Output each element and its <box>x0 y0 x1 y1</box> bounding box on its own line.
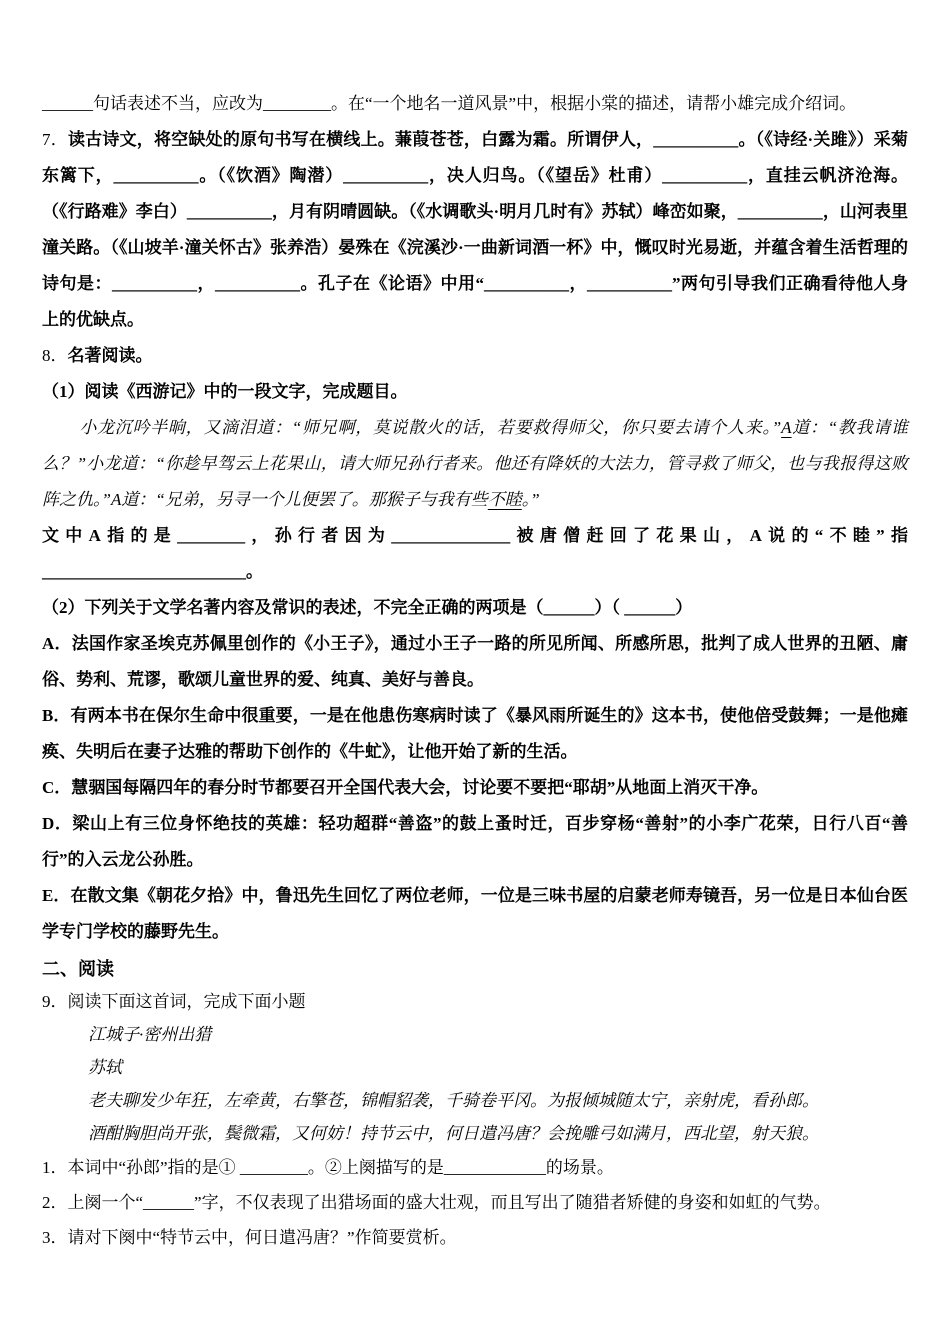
question-8-passage: 小龙沉吟半晌，又滴泪道：“师兄啊，莫说散火的话，若要救得师父，你只要去请个人来。… <box>42 410 908 518</box>
poem-title: 江城子·密州出猎 <box>88 1018 908 1051</box>
option-a: A．法国作家圣埃克苏佩里创作的《小王子》，通过小王子一路的所见所闻、所感所思，批… <box>42 626 908 698</box>
question-9-number: 9． <box>42 992 68 1011</box>
question-8-part1-blanks: 文中A指的是________，孙行者因为______________被唐僧赶回了… <box>42 518 908 590</box>
option-d: D．梁山上有三位身怀绝技的英雄：轻功超群“善盗”的鼓上蚤时迁，百步穿杨“善射”的… <box>42 806 908 878</box>
question-8-part1-label: （1）阅读《西游记》中的一段文字，完成题目。 <box>42 374 908 410</box>
question-9-label: 9．阅读下面这首词，完成下面小题 <box>42 986 908 1018</box>
sub-question-3: 3．请对下阕中“特节云中，何日遣冯唐？”作简要赏析。 <box>42 1220 908 1255</box>
intro-line: ______句话表述不当，应改为________。在“一个地名一道风景”中，根据… <box>42 86 908 122</box>
question-9-text: 阅读下面这首词，完成下面小题 <box>68 992 306 1011</box>
passage-segment: 小龙沉吟半晌，又滴泪道：“师兄啊，莫说散火的话，若要救得师父，你只要去请个人来。… <box>79 418 781 437</box>
option-e: E．在散文集《朝花夕拾》中，鲁迅先生回忆了两位老师，一位是三味书屋的启蒙老师寿镜… <box>42 878 908 950</box>
question-8-part2-label: （2）下列关于文学名著内容及常识的表述，不完全正确的两项是（______）（ _… <box>42 590 908 626</box>
sub-question-2: 2．上阕一个“______”字，不仅表现了出猎场面的盛大壮观，而且写出了随猎者矫… <box>42 1185 908 1220</box>
question-7-text: 读古诗文，将空缺处的原句书写在横线上。蒹葭苍苍，白露为霜。所谓伊人，______… <box>42 130 908 329</box>
question-7-number: 7． <box>42 130 68 149</box>
question-8-heading: 8．名著阅读。 <box>42 338 908 374</box>
option-c: C．慧骃国每隔四年的春分时节都要召开全国代表大会，讨论要不要把“耶胡”从地面上消… <box>42 770 908 806</box>
sub-question-1: 1．本词中“孙郎”指的是① ________。②上阕描写的是__________… <box>42 1150 908 1185</box>
question-8-title: 名著阅读。 <box>68 346 153 365</box>
exam-page: ______句话表述不当，应改为________。在“一个地名一道风景”中，根据… <box>0 0 950 1285</box>
question-7: 7．读古诗文，将空缺处的原句书写在横线上。蒹葭苍苍，白露为霜。所谓伊人，____… <box>42 122 908 338</box>
passage-underlined-a: A <box>781 418 791 437</box>
poem-line: 酒酣胸胆尚开张，鬓微霜，又何妨！持节云中，何日遣冯唐？会挽雕弓如满月，西北望，射… <box>88 1117 908 1150</box>
passage-underlined-bumu: 不睦 <box>488 490 522 509</box>
poem-author: 苏轼 <box>88 1051 908 1084</box>
option-b: B．有两本书在保尔生命中很重要，一是在他患伤寒病时读了《暴风雨所诞生的》这本书，… <box>42 698 908 770</box>
question-8-number: 8． <box>42 346 68 365</box>
poem-line: 老夫聊发少年狂，左牵黄，右擎苍，锦帽貂袭，千骑卷平冈。为报倾城随太宁，亲射虎，看… <box>88 1084 908 1117</box>
section-2-heading: 二、阅读 <box>42 953 908 986</box>
passage-segment: 。” <box>522 490 540 509</box>
